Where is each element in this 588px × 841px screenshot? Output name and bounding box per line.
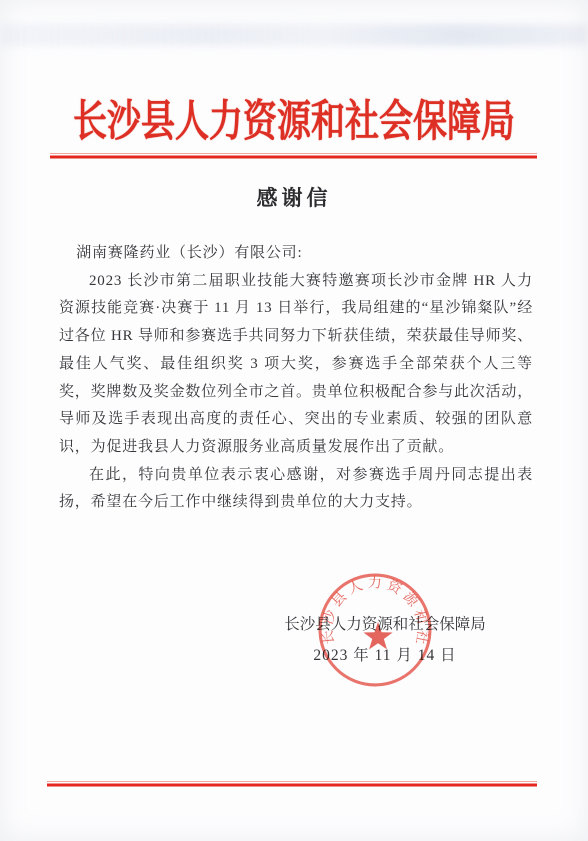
letter-page: 长沙县人力资源和社会保障局 感谢信 湖南赛隆药业（长沙）有限公司: 2023 长…: [0, 0, 588, 841]
letterhead-rule: [50, 153, 537, 159]
body-paragraph-2: 在此，特向贵单位表示衷心感谢，对参赛选手周丹同志提出表扬，希望在今后工作中继续得…: [59, 462, 533, 517]
letterhead-title: 长沙县人力资源和社会保障局: [0, 86, 588, 149]
footer-rule: [47, 781, 537, 787]
official-seal: 长沙县人力资源和社会保障局: [316, 571, 434, 689]
letter-body: 湖南赛隆药业（长沙）有限公司: 2023 长沙市第二届职业技能大赛特邀赛项长沙市…: [59, 240, 533, 517]
letter-title: 感谢信: [0, 182, 588, 212]
seal-star-icon: [364, 622, 393, 650]
body-paragraph-1: 2023 长沙市第二届职业技能大赛特邀赛项长沙市金牌 HR 人力资源技能竞赛·决…: [59, 268, 533, 462]
scan-noise-band: [0, 24, 588, 46]
recipient-line: 湖南赛隆药业（长沙）有限公司:: [59, 240, 533, 268]
